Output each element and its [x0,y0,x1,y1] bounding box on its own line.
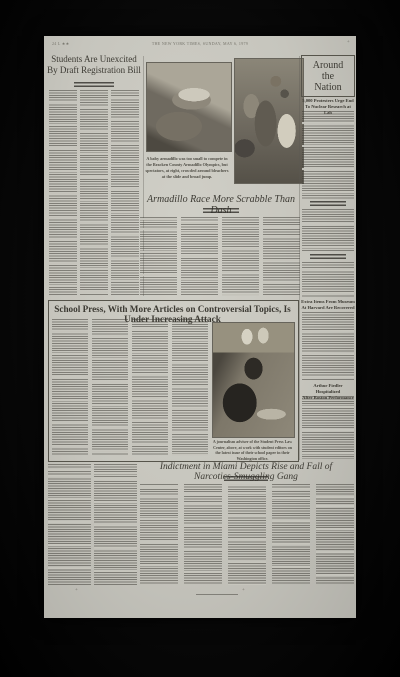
draft-headline-line1: Students Are Unexcited [46,54,142,65]
draft-text-column [80,90,108,296]
school-press-text-column [92,319,128,456]
school-press-text-column [172,319,208,456]
armadillo-text-column [263,217,300,296]
registration-mark: + [75,588,78,593]
armadillo-crowd-photo [234,58,304,184]
subhead-line: Arthur Fiedler Hospitalized [301,383,355,395]
masthead: THE NEW YORK TIMES, SUNDAY, MAY 6, 1979 [44,41,356,46]
subhead-line: At Harvard Are Recovered [301,305,355,311]
newspaper-page: 24 L ★★ THE NEW YORK TIMES, SUNDAY, MAY … [44,36,356,618]
draft-text-column [49,90,77,296]
armadillo-text-column [140,217,177,296]
school-press-continuation-column [48,464,91,585]
miami-text-column [272,484,310,585]
nation-text-column [302,209,354,252]
draft-article-headline: Students Are Unexcited By Draft Registra… [46,54,142,77]
armadillo-photo-caption: A baby armadillo was too small to compet… [145,156,229,180]
miami-text-column [228,484,266,585]
armadillo-text-column [222,217,259,296]
nation-subhead-texture [310,201,346,207]
registration-mark: + [242,588,245,593]
miami-text-column [184,484,222,585]
school-press-text-column [52,319,88,456]
miami-text-column [316,484,354,585]
armadillo-closeup-photo [146,62,232,152]
draft-text-column [111,90,139,296]
nation-subhead-harvard: Extra Items From Museum At Harvard Are R… [301,299,355,311]
nation-text-column [302,111,354,199]
school-press-continuation-column [94,464,137,585]
nation-subhead-texture [310,254,346,260]
armadillo-text-column [181,217,218,296]
around-the-nation-title: Around the Nation [308,60,348,93]
draft-headline-line2: By Draft Registration Bill [46,65,142,76]
armadillo-byline-texture [203,208,239,213]
miami-text-column [140,484,178,585]
nation-text-column [302,312,354,381]
miami-byline-texture [224,476,268,481]
school-press-adviser-photo [212,322,295,438]
screenshot-canvas: 24 L ★★ THE NEW YORK TIMES, SUNDAY, MAY … [0,0,400,677]
nation-text-column [302,262,354,297]
draft-byline-texture [74,82,114,87]
nation-text-column [302,396,354,459]
school-press-text-column [132,319,168,456]
footer-imprint-texture [196,593,238,595]
column-rule [299,56,300,460]
corner-registration-mark: + [347,40,350,45]
school-press-photo-caption: A journalism adviser of the Student Pres… [210,439,295,461]
around-the-nation-box: Around the Nation [301,55,355,97]
